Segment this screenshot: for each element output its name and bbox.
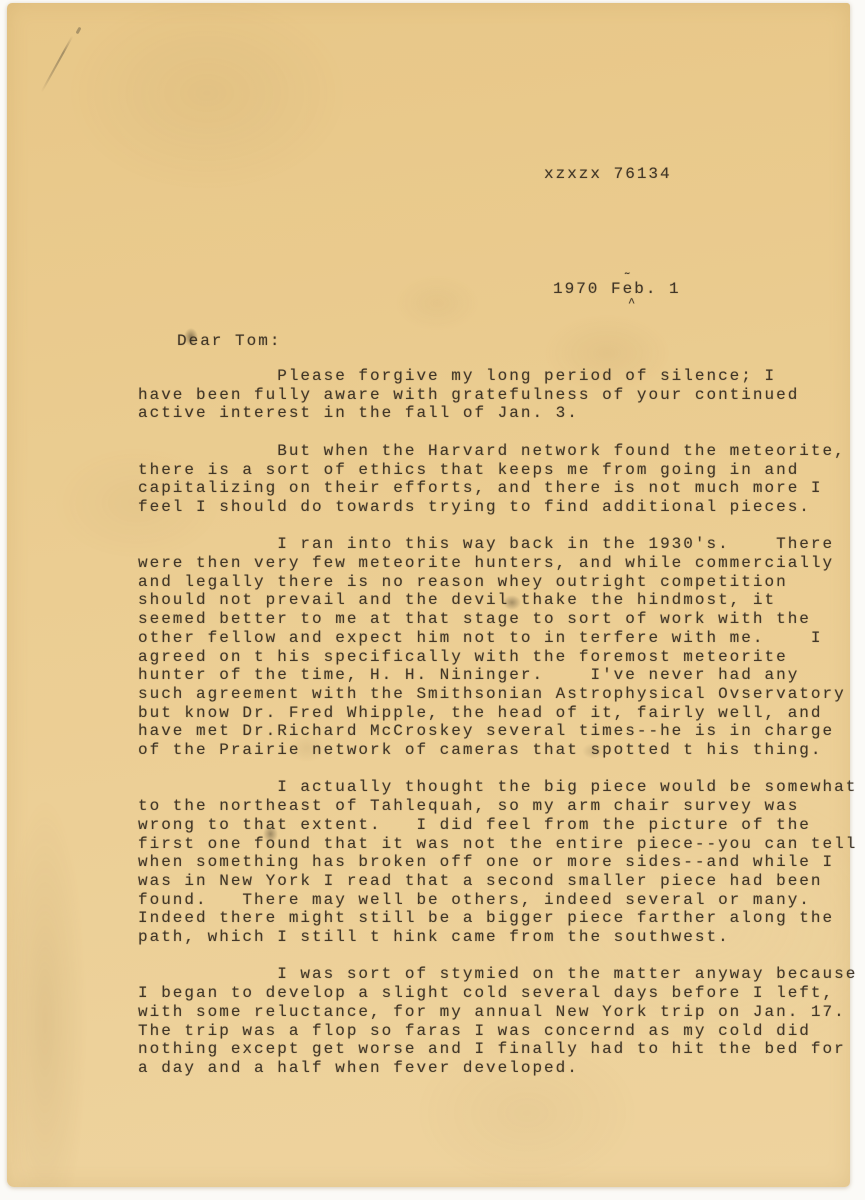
letter-body: Please forgive my long period of silence… bbox=[138, 367, 865, 1096]
letter-paper: xzxzx 76134 1970 Feb. 1 ˜ ^ Dear Tom: Pl… bbox=[7, 3, 850, 1187]
reference-number: xzxzx 76134 bbox=[544, 165, 672, 183]
paragraph-3: I ran into this way back in the 1930's. … bbox=[138, 535, 865, 759]
fold-crease bbox=[41, 36, 74, 93]
paragraph-2: But when the Harvard network found the m… bbox=[138, 442, 865, 517]
salutation: Dear Tom: bbox=[177, 332, 281, 350]
paragraph-1: Please forgive my long period of silence… bbox=[138, 367, 865, 423]
paper-speck bbox=[76, 27, 82, 35]
letter-date: 1970 Feb. 1 bbox=[553, 280, 681, 298]
insertion-caret-mark: ^ bbox=[628, 296, 637, 310]
paragraph-5: I was sort of stymied on the matter anyw… bbox=[138, 965, 865, 1077]
paragraph-4: I actually thought the big piece would b… bbox=[138, 778, 865, 946]
overstrike-tilde-mark: ˜ bbox=[623, 271, 633, 287]
